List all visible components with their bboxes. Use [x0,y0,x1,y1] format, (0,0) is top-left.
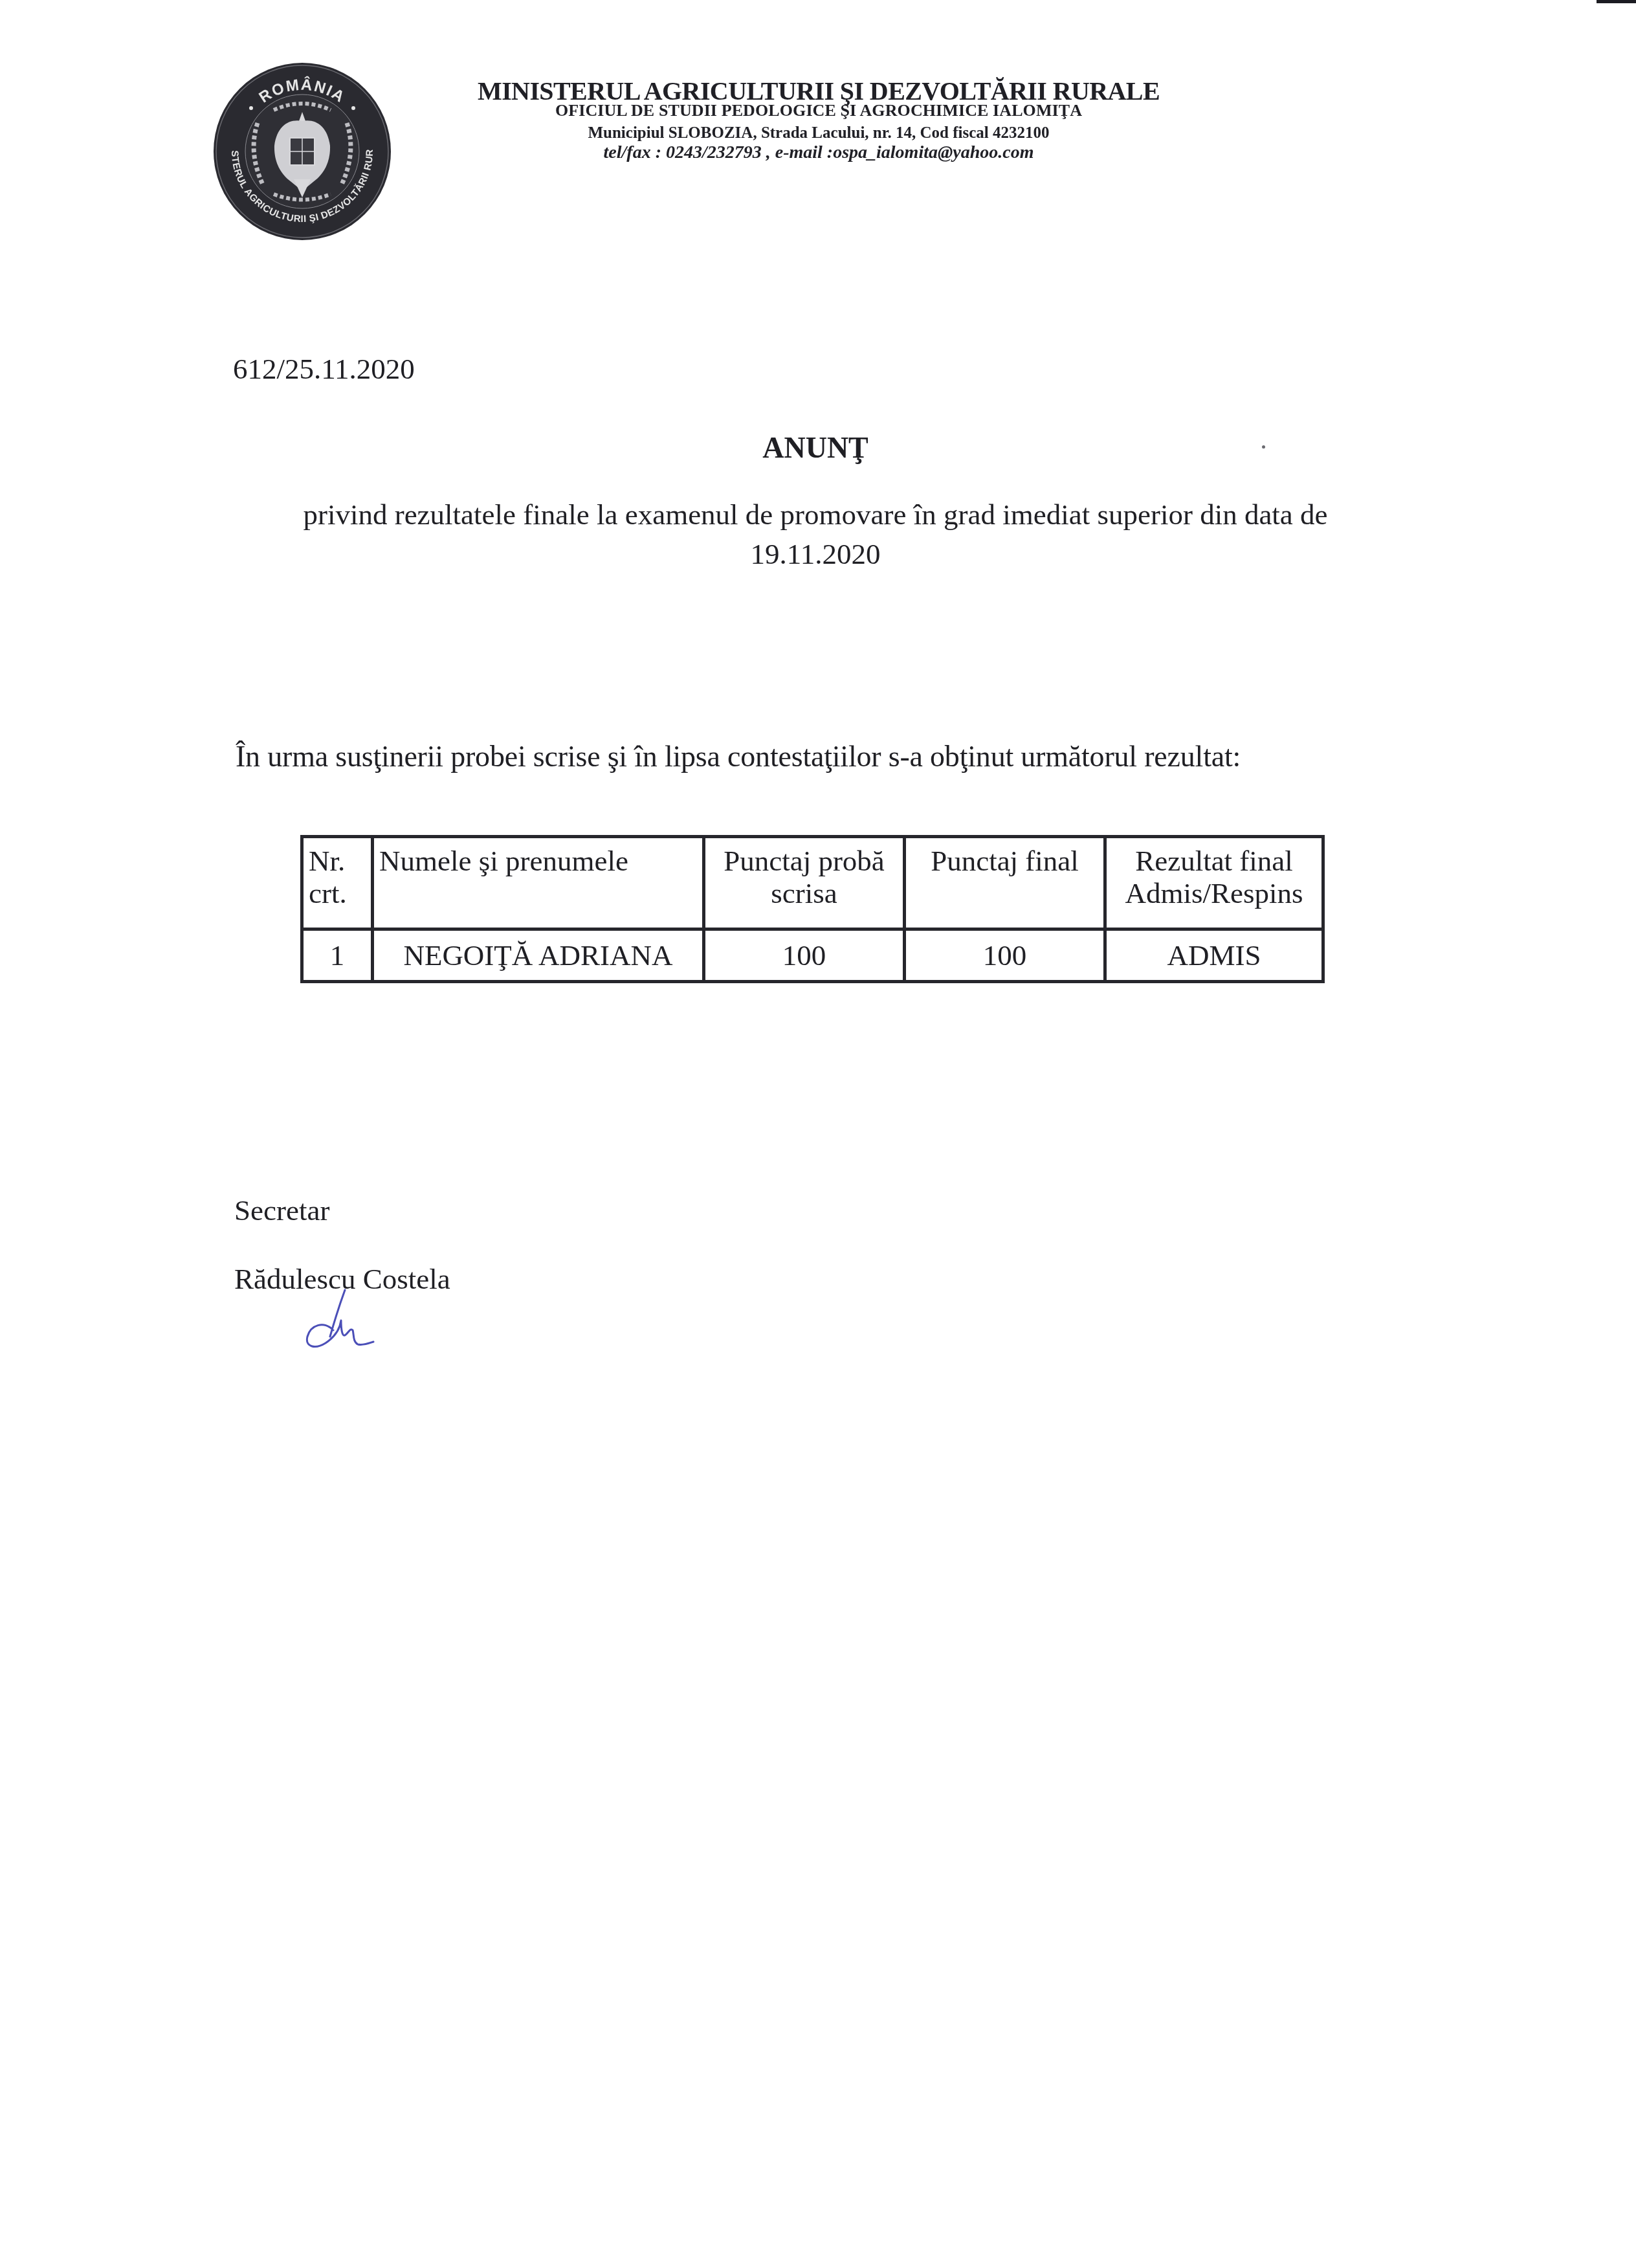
column-header-nr: Nr.crt. [302,837,373,929]
results-table: Nr.crt. Numele şi prenumele Punctaj prob… [300,835,1325,983]
scan-speck [1262,445,1265,449]
ministry-seal-icon: ROMÂNIA MINISTERUL AGRICULTURII ŞI DEZVO… [212,61,392,241]
cell-nr: 1 [302,929,373,982]
cell-result: ADMIS [1105,929,1323,982]
document-subtitle: privind rezultatele finale la examenul d… [246,495,1385,574]
office-address: Municipiul SLOBOZIA, Strada Lacului, nr.… [453,125,1184,141]
intro-paragraph: În urma susţinerii probei scrise şi în l… [236,742,1241,772]
reference-number: 612/25.11.2020 [233,355,415,384]
column-header-final-score: Punctaj final [905,837,1105,929]
office-contact: tel/fax : 0243/232793 , e-mail :ospa_ial… [453,144,1184,162]
column-header-result: Rezultat finalAdmis/Respins [1105,837,1323,929]
cell-written-score: 100 [704,929,905,982]
ministry-name: MINISTERUL AGRICULTURII ŞI DEZVOLTĂRII R… [453,78,1184,104]
cell-final-score: 100 [905,929,1105,982]
scan-edge-artifact [1597,0,1636,3]
table-header-row: Nr.crt. Numele şi prenumele Punctaj prob… [302,837,1323,929]
document-title: ANUNŢ [647,433,984,463]
subtitle-line: privind rezultatele finale la examenul d… [246,495,1385,535]
handwritten-signature-icon [294,1285,385,1356]
table-row: 1 NEGOIŢĂ ADRIANA 100 100 ADMIS [302,929,1323,982]
signer-role: Secretar [234,1196,329,1225]
column-header-written-score: Punctaj probăscrisa [704,837,905,929]
cell-name: NEGOIŢĂ ADRIANA [373,929,704,982]
office-name: OFICIUL DE STUDII PEDOLOGICE ŞI AGROCHIM… [453,102,1184,119]
subtitle-date: 19.11.2020 [246,535,1385,574]
column-header-name: Numele şi prenumele [373,837,704,929]
